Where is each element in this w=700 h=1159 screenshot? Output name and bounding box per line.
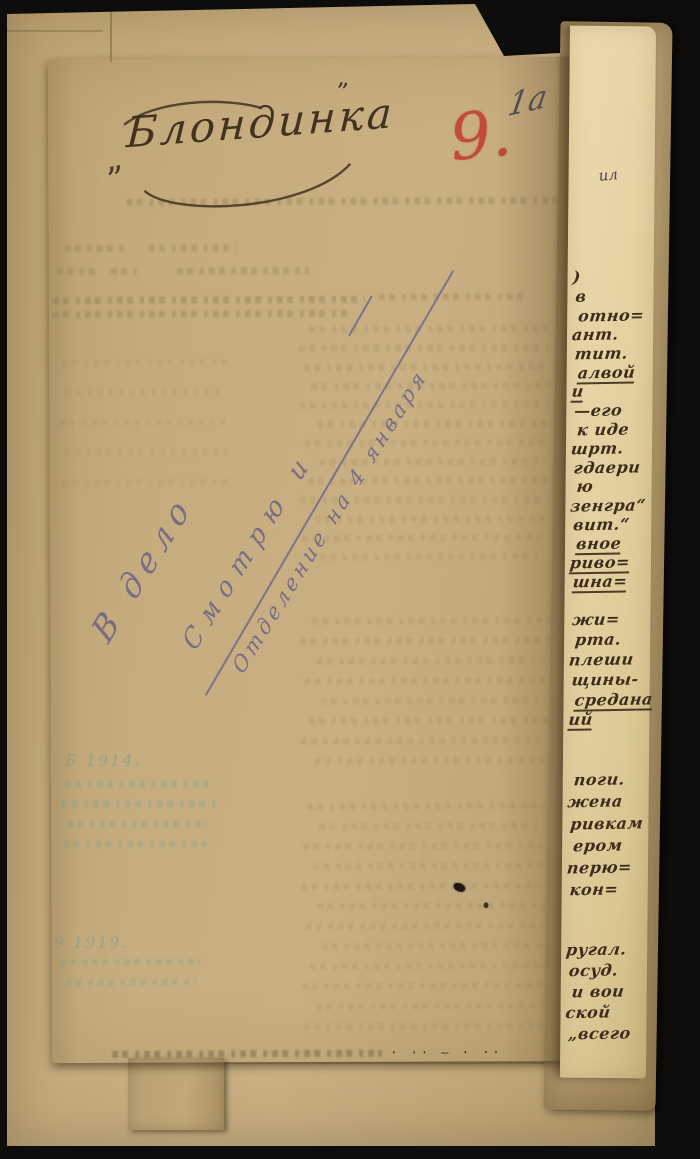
folder-bottom-flap	[128, 1058, 224, 1130]
ink-blot	[483, 902, 488, 908]
bleedthrough-line	[301, 882, 551, 890]
bleedthrough-line	[321, 697, 547, 705]
edge-text-fragment: ругал.	[565, 941, 627, 958]
bleedthrough-line	[309, 717, 549, 725]
bleedthrough-line	[316, 657, 548, 665]
bleedthrough-line	[320, 553, 540, 561]
edge-text-fragment: тит.	[574, 345, 629, 362]
faint-stamp: 9 1919.	[54, 933, 129, 952]
bleedthrough-line	[112, 1050, 382, 1058]
bleedthrough-line	[316, 1002, 548, 1010]
bleedthrough-line	[311, 382, 549, 390]
bleedthrough-line	[299, 344, 549, 352]
edge-text-fragment: осуд.	[568, 962, 619, 979]
edge-text-fragment: алвой	[577, 365, 637, 385]
edge-text-fragment: отно=	[577, 307, 645, 324]
edge-text-fragment: гдаери	[573, 459, 641, 476]
edge-text-fragment: шна=	[572, 573, 629, 593]
bleedthrough-line	[65, 245, 127, 252]
bleedthrough-line	[319, 822, 547, 830]
edge-text-fragment: кон=	[569, 881, 619, 898]
bleedthrough-line	[302, 982, 550, 990]
bleedthrough-line	[67, 820, 207, 828]
bleedthrough-line	[310, 962, 550, 970]
edge-text-fragment: „всего	[567, 1025, 631, 1042]
bleedthrough-line	[61, 800, 221, 808]
bleedthrough-line	[302, 534, 550, 542]
bleedthrough-line	[306, 922, 548, 930]
small-page-number: 1а	[505, 78, 551, 125]
edge-text-fragment: —его	[573, 403, 623, 420]
bleedthrough-line	[66, 979, 196, 987]
bleedthrough-line	[65, 388, 225, 396]
bleedthrough-line	[322, 942, 544, 950]
edge-text-fragment: плеши	[568, 651, 634, 668]
folder-crease	[7, 30, 103, 32]
scan-background: { "scan": { "kind": "archival handwritte…	[0, 0, 700, 1159]
bleedthrough-line	[111, 268, 137, 275]
edge-text-fragment: средана	[573, 691, 653, 711]
bleedthrough-line	[62, 478, 230, 486]
edge-text-fragment: ером	[572, 838, 623, 855]
bleedthrough-line	[317, 420, 547, 428]
margin-mark: ил	[598, 165, 619, 185]
bleedthrough-line	[53, 310, 349, 318]
bleedthrough-line	[304, 363, 549, 371]
bleedthrough-line	[300, 637, 550, 645]
edge-text-fragment: вит.“	[572, 516, 630, 533]
right-edge-page-strip: ил )вотно=ант.тит.алвойи—егок идешрт.гда…	[560, 26, 656, 1079]
folder-crease	[110, 0, 112, 62]
bleedthrough-line	[60, 958, 200, 966]
edge-text-fragment: жена	[567, 793, 624, 810]
edge-text-fragment: к иде	[576, 422, 630, 439]
bleedthrough-line	[304, 1022, 550, 1030]
edge-text-fragment: в	[575, 289, 588, 305]
bleedthrough-line	[305, 677, 551, 685]
main-page: Б 1914. 9 1919. „ Блондинка ” 9. 1а В де…	[48, 57, 574, 1063]
bleedthrough-line	[64, 448, 229, 456]
edge-text-fragment: ий	[567, 712, 593, 731]
bleedthrough-line	[53, 296, 365, 304]
edge-text-fragment: ю	[576, 479, 594, 495]
edge-text-fragment: поги.	[573, 772, 626, 789]
bleedthrough-line	[59, 418, 229, 426]
edge-text-fragment: и вои	[571, 984, 625, 1001]
bleedthrough-line	[57, 268, 99, 275]
bottom-typed-fragment: · ·· — · ··	[390, 1045, 503, 1059]
bleedthrough-line	[313, 862, 549, 870]
bleedthrough-line	[126, 197, 578, 206]
bleedthrough-line	[304, 439, 549, 447]
edge-text-fragment: ант.	[571, 326, 619, 343]
edge-text-fragment: рта.	[574, 632, 622, 649]
bleedthrough-line	[301, 737, 549, 745]
edge-text-fragment: шрт.	[570, 440, 624, 457]
bleedthrough-line	[307, 802, 551, 810]
edge-text-fragment: ской	[565, 1004, 612, 1021]
bleedthrough-line	[315, 757, 545, 765]
bleedthrough-line	[379, 293, 529, 301]
edge-text-fragment: )	[572, 270, 582, 286]
bleedthrough-line	[177, 267, 309, 275]
bleedthrough-line	[315, 515, 550, 523]
edge-text-fragment: зенгра“	[569, 497, 646, 514]
faint-stamp: Б 1914.	[65, 751, 142, 770]
bleedthrough-line	[63, 840, 213, 848]
edge-text-fragment: ривкам	[569, 815, 644, 832]
bleedthrough-line	[317, 902, 547, 910]
edge-text-fragment: перю=	[566, 859, 633, 876]
edge-text-fragment: жи=	[571, 612, 620, 629]
page-title-handwritten: Блондинка	[125, 88, 396, 157]
bleedthrough-line	[299, 401, 549, 409]
bleedthrough-line	[149, 244, 237, 251]
edge-text-fragment: и	[570, 384, 584, 403]
edge-text-fragment: щины-	[571, 671, 640, 688]
bleedthrough-line	[303, 842, 551, 850]
red-page-number: 9.	[447, 97, 515, 176]
bleedthrough-line	[312, 617, 552, 625]
bleedthrough-line	[309, 325, 549, 333]
title-open-quote: „	[101, 138, 125, 180]
bleedthrough-line	[65, 780, 215, 788]
bleedthrough-line	[61, 358, 231, 366]
